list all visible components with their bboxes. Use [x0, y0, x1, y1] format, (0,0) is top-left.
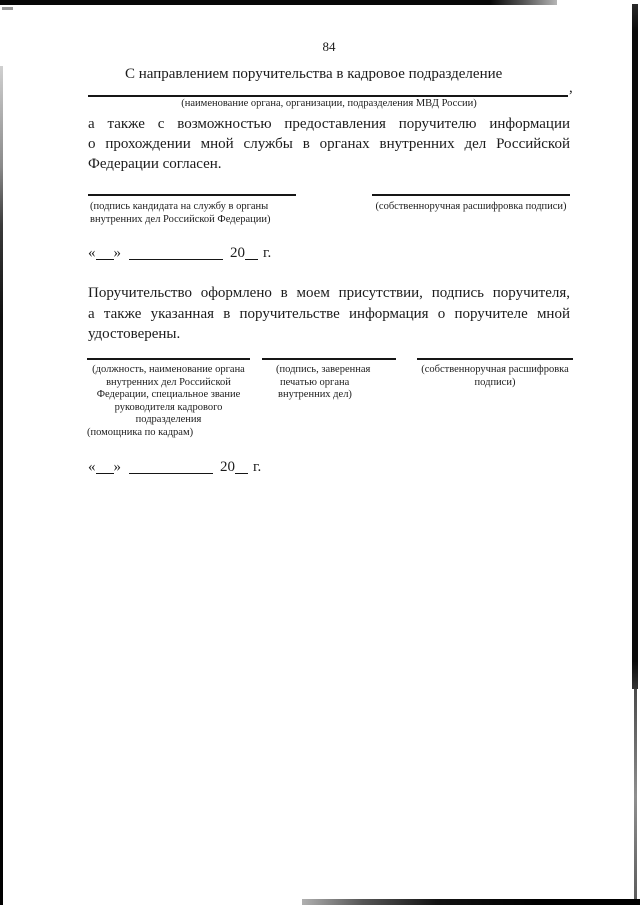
month-blank-underline	[129, 461, 213, 474]
candidate-signature-caption-line: (подпись кандидата на службу в органы	[90, 201, 305, 214]
official-position-caption-line: (помощника по кадрам)	[87, 427, 250, 440]
official-position-caption: (должность, наименование органа внутренн…	[87, 364, 250, 440]
scan-artifact-right-edge-lower	[634, 689, 637, 905]
official-transcript-line	[417, 358, 573, 360]
day-blank-underline	[96, 247, 114, 260]
official-position-caption-line: руководителя кадрового	[87, 402, 250, 415]
consent-heading: С направлением поручительства в кадровое…	[125, 66, 502, 83]
day-quote-close: »	[114, 459, 122, 475]
scanned-document-page: 84 С направлением поручительства в кадро…	[0, 0, 640, 905]
official-position-caption-line: Федерации, специальное звание	[87, 389, 250, 402]
day-blank-underline	[96, 461, 114, 474]
month-blank-underline	[129, 247, 223, 260]
attestation-body-line: а также указанная в поручительстве инфор…	[88, 304, 570, 325]
date-line-2: «»20г.	[88, 459, 261, 476]
year-suffix: г.	[253, 459, 261, 475]
seal-caption-line: печатью органа	[276, 377, 396, 390]
transcript-signature-caption: (собственноручная расшифровка подписи)	[370, 201, 572, 214]
candidate-signature-caption-line: внутренних дел Российской Федерации)	[90, 214, 305, 227]
scan-artifact-bottom-edge	[302, 899, 640, 905]
org-name-fill-line	[88, 95, 568, 97]
seal-signature-line	[262, 358, 396, 360]
day-quote-close: »	[114, 245, 122, 261]
official-transcript-caption-line: (собственноручная расшифровка	[417, 364, 573, 377]
official-transcript-caption: (собственноручная расшифровка подписи)	[417, 364, 573, 389]
attestation-body: Поручительство оформлено в моем присутст…	[88, 283, 570, 345]
scan-artifact-top-left-mark	[2, 7, 13, 10]
attestation-body-line: Поручительство оформлено в моем присутст…	[88, 283, 570, 304]
scan-artifact-top-edge	[0, 0, 557, 5]
trailing-comma: ,	[569, 80, 573, 97]
day-quote-open: «	[88, 459, 96, 475]
consent-body-line: о прохождении мной службы в органах внут…	[88, 134, 570, 154]
official-position-line	[87, 358, 250, 360]
scan-artifact-left-edge	[0, 66, 3, 905]
seal-caption: (подпись, заверенная печатью органа внут…	[276, 364, 396, 402]
official-position-caption-line: внутренних дел Российской	[87, 377, 250, 390]
day-quote-open: «	[88, 245, 96, 261]
year-suffix: г.	[263, 245, 271, 261]
year-blank-underline	[235, 461, 248, 474]
org-line-caption: (наименование органа, организации, подра…	[88, 98, 570, 111]
year-century: 20	[220, 459, 235, 475]
scan-artifact-right-edge	[632, 4, 638, 689]
candidate-signature-line	[88, 194, 296, 196]
seal-caption-line: (подпись, заверенная	[276, 364, 396, 377]
official-transcript-caption-line: подписи)	[417, 377, 573, 390]
candidate-signature-caption: (подпись кандидата на службу в органы вн…	[90, 201, 305, 227]
transcript-signature-line	[372, 194, 570, 196]
consent-body: а также с возможностью предоставления по…	[88, 114, 570, 174]
year-blank-underline	[245, 247, 258, 260]
page-number: 84	[88, 39, 570, 55]
official-position-caption-line: подразделения	[87, 414, 250, 427]
year-century: 20	[230, 245, 245, 261]
consent-body-line: Федерации согласен.	[88, 154, 570, 174]
attestation-body-line: удостоверены.	[88, 324, 570, 345]
date-line-1: «»20г.	[88, 245, 271, 262]
official-position-caption-line: (должность, наименование органа	[87, 364, 250, 377]
consent-body-line: а также с возможностью предоставления по…	[88, 114, 570, 134]
seal-caption-line: внутренних дел)	[276, 389, 396, 402]
